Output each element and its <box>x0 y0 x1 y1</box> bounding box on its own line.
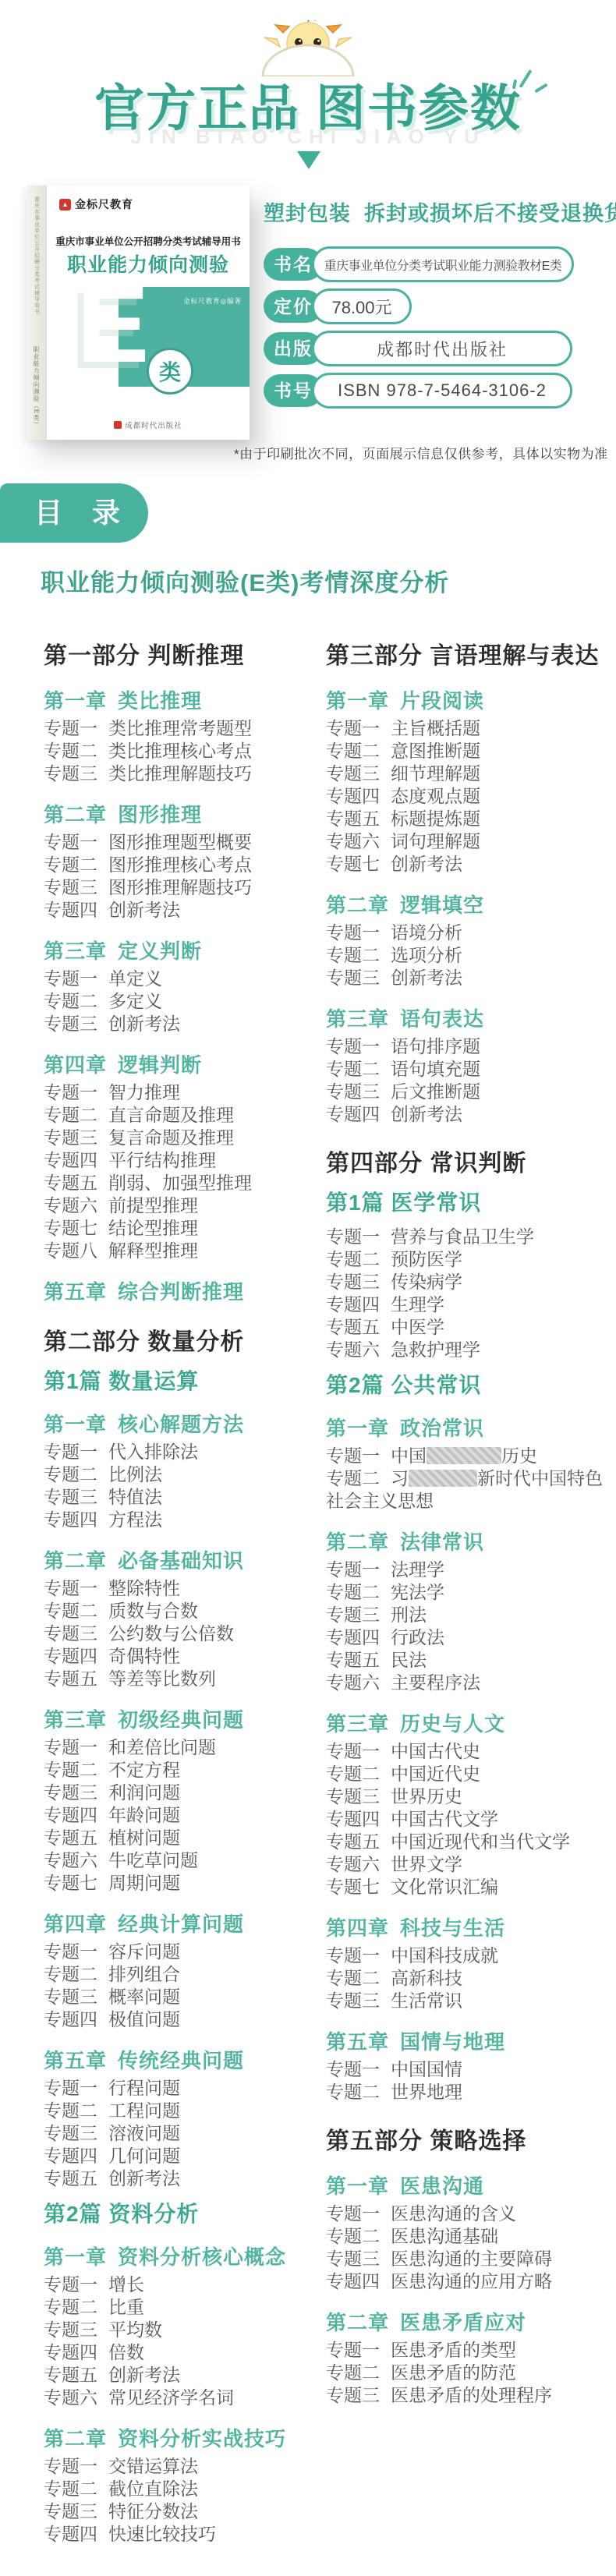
toc-topic: 专题三创新考法 <box>44 1013 304 1035</box>
toc-topic: 专题二宪法学 <box>326 1581 611 1604</box>
toc-chapter-number: 第二章 <box>44 1549 107 1573</box>
toc-chapter-heading: 第一章类比推理 <box>44 688 304 713</box>
toc-topic-number: 专题四 <box>44 1646 97 1666</box>
toc-topic: 专题五创新考法 <box>44 2364 304 2387</box>
toc-topic: 专题二医患矛盾的防范 <box>326 2362 611 2384</box>
toc-topic-number: 专题三 <box>326 1990 380 2011</box>
toc-topic-number: 专题四 <box>326 1809 380 1829</box>
toc-topic-number: 专题一 <box>326 1226 380 1247</box>
toc-topic: 专题一单定义 <box>44 968 304 990</box>
toc-topic-number: 专题五 <box>44 1668 97 1689</box>
toc-topic: 专题一中国科技成就 <box>326 1944 611 1967</box>
toc-chapter-heading: 第二章法律常识 <box>326 1530 611 1555</box>
toc-chapter-number: 第五章 <box>326 2030 389 2054</box>
cover-big-letter: E <box>76 270 149 379</box>
toc-chapter: 第五章传统经典问题专题一行程问题专题二工程问题专题三溶液问题专题四几何问题专题五… <box>44 2048 304 2190</box>
toc-chapter: 第五章国情与地理专题一中国国情专题二世界地理 <box>326 2029 611 2104</box>
toc-topic-number: 专题二 <box>326 1968 380 1988</box>
toc-chapter-number: 第二章 <box>326 2311 389 2334</box>
toc-topic-number: 专题一 <box>44 2456 97 2476</box>
toc-topic: 专题三传染病学 <box>326 1271 611 1293</box>
toc-chapter: 第二章逻辑填空专题一语境分析专题二选项分析专题三创新考法 <box>326 893 611 989</box>
toc-pian-heading: 第2篇 公共常识 <box>326 1372 611 1399</box>
toc-chapter: 第一章医患沟通专题一医患沟通的含义专题二医患沟通基础专题三医患沟通的主要障碍专题… <box>326 2174 611 2293</box>
toc-topic: 专题一医患沟通的含义 <box>326 2203 611 2225</box>
toc-chapter-number: 第一章 <box>326 2174 389 2198</box>
toc-topic: 专题五中医学 <box>326 1316 611 1339</box>
toc-topic-number: 专题二 <box>326 2362 380 2383</box>
toc-chapter-number: 第四章 <box>44 1913 107 1936</box>
toc-topic-number: 专题五 <box>326 1831 380 1852</box>
toc-topic: 专题三世界历史 <box>326 1785 611 1808</box>
toc-topic: 专题三溶液问题 <box>44 2122 304 2145</box>
toc-topic: 专题七周期问题 <box>44 1872 304 1895</box>
toc-topic: 专题六前提型推理 <box>44 1194 304 1217</box>
toc-topic-number: 专题三 <box>326 1605 380 1625</box>
toc-topic: 专题六急救护理学 <box>326 1339 611 1361</box>
toc-topic: 专题三细节理解题 <box>326 763 611 785</box>
toc-topic-number: 专题四 <box>44 2009 97 2029</box>
toc-topic-number: 专题二 <box>326 1582 380 1602</box>
toc-topic-number: 专题二 <box>44 1601 97 1621</box>
toc-topic: 专题二多定义 <box>44 990 304 1013</box>
toc-topic-number: 专题三 <box>44 2319 97 2340</box>
toc-topic: 专题四态度观点题 <box>326 785 611 808</box>
toc-topic-number: 专题三 <box>44 2123 97 2143</box>
toc-chapter-number: 第二章 <box>44 2427 107 2450</box>
toc-topic-number: 专题一 <box>44 968 97 989</box>
toc-topic: 专题五民法 <box>326 1649 611 1672</box>
toc-topic: 专题一医患矛盾的类型 <box>326 2339 611 2362</box>
toc-topic-number: 专题二 <box>44 2297 97 2317</box>
toc-topic-number: 专题三 <box>326 2249 380 2269</box>
toc-chapter: 第一章类比推理专题一类比推理常考题型专题二类比推理核心考点专题三类比推理解题技巧 <box>44 688 304 785</box>
toc-topic-number: 专题四 <box>44 2342 97 2362</box>
toc-topic-number: 专题一 <box>326 1036 380 1056</box>
toc-topic-number: 专题三 <box>44 763 97 784</box>
toc-topic: 专题三医患矛盾的处理程序 <box>326 2384 611 2407</box>
toc-chapter-heading: 第三章初级经典问题 <box>44 1707 304 1732</box>
toc-pian-heading: 第2篇 资料分析 <box>44 2201 304 2227</box>
toc-chapter-heading: 第一章政治常识 <box>326 1416 611 1441</box>
toc-topic-number: 专题一 <box>44 1737 97 1757</box>
toc-topic: 专题七结论型推理 <box>44 1217 304 1240</box>
toc-badge: 目 录 <box>0 483 148 543</box>
toc-topic: 专题六常见经济学名词 <box>44 2387 304 2409</box>
toc-topic-number: 专题三 <box>326 1272 380 1292</box>
toc-topic: 专题二质数与合数 <box>44 1600 304 1622</box>
toc-chapter: 第二章资料分析实战技巧专题一交错运算法专题二截位直除法专题三特征分数法专题四快速… <box>44 2426 304 2546</box>
toc-heading: 职业能力倾向测验(E类)考情深度分析 <box>41 563 616 598</box>
class-badge: 类 <box>147 348 193 395</box>
toc-topic: 专题四平行结构推理 <box>44 1149 304 1172</box>
toc-chapter-heading: 第一章资料分析核心概念 <box>44 2245 304 2270</box>
toc-topic: 专题四极值问题 <box>44 2008 304 2031</box>
toc-topic: 专题一语境分析 <box>326 922 611 944</box>
toc-topic-number: 专题三 <box>44 1014 97 1034</box>
toc-topic: 专题二选项分析 <box>326 944 611 967</box>
toc-chapter-number: 第一章 <box>326 1417 389 1440</box>
toc-topic-number: 专题三 <box>326 1786 380 1806</box>
toc-chapter: 第三章初级经典问题专题一和差倍比问题专题二不定方程专题三利润问题专题四年龄问题专… <box>44 1707 304 1895</box>
toc-part-heading: 第五部分 策略选择 <box>326 2127 611 2157</box>
toc-chapter-heading: 第五章综合判断推理 <box>44 1279 304 1304</box>
toc-chapter-number: 第四章 <box>44 1053 107 1077</box>
toc-topic-number: 专题三 <box>44 1782 97 1803</box>
toc-topic: 专题三后文推断题 <box>326 1081 611 1103</box>
toc-chapter-number: 第三章 <box>326 1007 389 1031</box>
packaging-notice: 塑封包装 拆封或损坏后不接受退换货 <box>264 196 616 227</box>
toc-chapter: 第一章资料分析核心概念专题一增长专题二比重专题三平均数专题四倍数专题五创新考法专… <box>44 2245 304 2409</box>
toc-chapter: 第四章科技与生活专题一中国科技成就专题二高新科技专题三生活常识 <box>326 1916 611 2012</box>
toc-topic: 专题五中国近现代和当代文学 <box>326 1831 611 1853</box>
toc-topic-number: 专题一 <box>326 2340 380 2360</box>
toc-topic-number: 专题六 <box>44 2387 97 2408</box>
down-arrow-icon <box>297 151 320 169</box>
toc-topic: 专题三医患沟通的主要障碍 <box>326 2248 611 2270</box>
toc-topic: 专题六牛吃草问题 <box>44 1849 304 1872</box>
product-detail-page: 官方正品 图书参数 JIN BIAO CHI JIAO YU 重庆市事业单位公开… <box>0 0 616 2576</box>
toc-topic: 专题六主要程序法 <box>326 1672 611 1694</box>
toc-topic: 专题四医患沟通的应用方略 <box>326 2270 611 2293</box>
toc-topic: 专题一营养与食品卫生学 <box>326 1226 611 1248</box>
toc-chapter-heading: 第五章传统经典问题 <box>44 2048 304 2073</box>
toc-topic: 专题二不定方程 <box>44 1759 304 1782</box>
toc-chapter: 第三章定义判断专题一单定义专题二多定义专题三创新考法 <box>44 939 304 1035</box>
sparkle-icon <box>505 67 560 114</box>
toc-topic: 专题四倍数 <box>44 2341 304 2364</box>
toc-column-left: 第一部分 判断推理第一章类比推理专题一类比推理常考题型专题二类比推理核心考点专题… <box>0 615 304 2546</box>
toc-topic: 专题二截位直除法 <box>44 2478 304 2500</box>
toc-topic: 专题一中国国情 <box>326 2058 611 2081</box>
toc-chapter: 第四章经典计算问题专题一容斥问题专题二排列组合专题三概率问题专题四极值问题 <box>44 1912 304 2031</box>
toc-topic-number: 专题六 <box>326 1672 380 1693</box>
toc-topic-number: 专题一 <box>44 718 97 738</box>
toc-topic-number: 专题四 <box>44 1150 97 1170</box>
toc-topic: 专题三生活常识 <box>326 1990 611 2012</box>
cover-publisher: 成都时代出版社 <box>47 419 250 430</box>
toc-topic-number: 专题二 <box>326 2082 380 2102</box>
book-spine: 重庆市事业单位公开招聘分类考试辅导用书 职业能力倾向测验（E类） <box>27 186 47 440</box>
censored-text-block <box>427 1447 501 1464</box>
toc-chapter-number: 第三章 <box>44 939 107 963</box>
toc-topic: 专题一容斥问题 <box>44 1941 304 1963</box>
toc-topic: 专题五削弱、加强型推理 <box>44 1172 304 1194</box>
toc-topic-number: 专题一 <box>326 1945 380 1966</box>
toc-topic: 专题二直言命题及推理 <box>44 1104 304 1127</box>
toc-topic-number: 专题四 <box>326 786 380 806</box>
toc-topic-number: 专题七 <box>44 1873 97 1893</box>
toc-topic: 专题二预防医学 <box>326 1248 611 1271</box>
toc-chapter-number: 第一章 <box>326 689 389 713</box>
param-value: 78.00元 <box>312 288 412 324</box>
toc-chapter-heading: 第五章国情与地理 <box>326 2029 611 2054</box>
toc-topic-number: 专题三 <box>44 877 97 897</box>
toc-part-heading: 第三部分 言语理解与表达 <box>326 642 611 671</box>
toc-chapter-heading: 第四章逻辑判断 <box>44 1053 304 1077</box>
toc-topic: 专题四年龄问题 <box>44 1804 304 1827</box>
toc-topic-number: 专题一 <box>44 2274 97 2295</box>
toc-topic-number: 专题一 <box>44 1578 97 1598</box>
toc-chapter-number: 第三章 <box>44 1708 107 1732</box>
toc-chapter-heading: 第三章定义判断 <box>44 939 304 964</box>
toc-topic: 专题一中国古代史 <box>326 1740 611 1763</box>
book-cover-front: ▲ 金标尺教育 重庆市事业单位公开招聘分类考试辅导用书 职业能力倾向测验 金标尺… <box>47 186 250 440</box>
toc-topic: 专题四奇偶特性 <box>44 1645 304 1668</box>
toc-topic-number: 专题二 <box>44 2100 97 2121</box>
toc-topic-number: 专题三 <box>326 2385 380 2405</box>
toc-topic-number: 专题六 <box>326 1339 380 1360</box>
toc-topic-number: 专题六 <box>326 1854 380 1874</box>
toc-chapter: 第三章语句表达专题一语句排序题专题二语句填充题专题三后文推断题专题四创新考法 <box>326 1007 611 1126</box>
toc-topic-number: 专题二 <box>326 741 380 761</box>
toc-topic-number: 专题四 <box>44 1805 97 1825</box>
toc-topic-number: 专题三 <box>44 1487 97 1507</box>
toc-topic: 专题二语句填充题 <box>326 1058 611 1081</box>
header: 官方正品 图书参数 JIN BIAO CHI JIAO YU <box>0 0 616 186</box>
toc-topic: 专题三特值法 <box>44 1486 304 1509</box>
toc-topic: 专题四快速比较技巧 <box>44 2523 304 2546</box>
toc-topic-number: 专题一 <box>326 1445 380 1466</box>
toc-topic-number: 专题五 <box>44 1173 97 1193</box>
toc-topic: 专题一法理学 <box>326 1559 611 1581</box>
toc-topic: 专题八解释型推理 <box>44 1240 304 1262</box>
toc-chapter: 第四章逻辑判断专题一智力推理专题二直言命题及推理专题三复言命题及推理专题四平行结… <box>44 1053 304 1262</box>
toc-part-heading: 第四部分 常识判断 <box>326 1149 611 1179</box>
toc-topic: 专题一类比推理常考题型 <box>44 717 304 740</box>
toc-topic: 专题二医患沟通基础 <box>326 2225 611 2248</box>
toc-topic-number: 专题五 <box>326 1317 380 1337</box>
cover-byline: 金标尺教育◎编著 <box>183 296 242 306</box>
toc-topic-number: 专题三 <box>44 1127 97 1148</box>
book-cover-image: 重庆市事业单位公开招聘分类考试辅导用书 职业能力倾向测验（E类） ▲ 金标尺教育… <box>27 186 250 440</box>
toc-topic: 专题三图形推理解题技巧 <box>44 876 304 899</box>
toc-chapter: 第五章综合判断推理 <box>44 1279 304 1304</box>
toc-chapter-number: 第一章 <box>44 689 107 713</box>
toc-topic: 专题三利润问题 <box>44 1782 304 1804</box>
toc-topic-number: 专题一 <box>326 922 380 943</box>
toc-pian-topics: 专题一营养与食品卫生学专题二预防医学专题三传染病学专题四生理学专题五中医学专题六… <box>326 1226 611 1361</box>
toc-topic-number: 专题一 <box>326 2203 380 2224</box>
toc-topic: 专题二工程问题 <box>44 2100 304 2122</box>
toc-chapter-heading: 第二章图形推理 <box>44 802 304 827</box>
toc-topic: 专题一代入排除法 <box>44 1441 304 1463</box>
toc-topic-number: 专题四 <box>326 1627 380 1647</box>
book-series-line: 重庆市事业单位公开招聘分类考试辅导用书 <box>47 234 250 248</box>
toc-topic: 专题四创新考法 <box>44 899 304 922</box>
param-value: ISBN 978-7-5464-3106-2 <box>312 373 572 409</box>
toc-topic-number: 专题二 <box>44 741 97 761</box>
toc-topic-number: 专题二 <box>326 945 380 965</box>
toc-chapter-heading: 第三章语句表达 <box>326 1007 611 1031</box>
toc-topic-number: 专题三 <box>44 2501 97 2521</box>
toc-chapter: 第一章片段阅读专题一主旨概括题专题二意图推断题专题三细节理解题专题四态度观点题专… <box>326 688 611 876</box>
toc-topic-number: 专题五 <box>326 1650 380 1670</box>
toc-topic-number: 专题三 <box>44 1623 97 1644</box>
toc-columns: 第一部分 判断推理第一章类比推理专题一类比推理常考题型专题二类比推理核心考点专题… <box>0 615 616 2546</box>
toc-topic: 专题七创新考法 <box>326 853 611 876</box>
toc-topic-number: 专题一 <box>326 1559 380 1580</box>
param-value: 成都时代出版社 <box>312 331 572 366</box>
toc-chapter-heading: 第二章逻辑填空 <box>326 893 611 918</box>
toc-topic: 专题三复言命题及推理 <box>44 1127 304 1149</box>
book-param-row: 书号ISBN 978-7-5464-3106-2 <box>264 373 574 409</box>
book-param-row: 定价78.00元 <box>264 288 574 324</box>
toc-topic: 专题二意图推断题 <box>326 740 611 763</box>
toc-topic-number: 专题四 <box>44 2524 97 2544</box>
toc-topic: 专题四生理学 <box>326 1293 611 1316</box>
toc-topic: 专题三刑法 <box>326 1604 611 1626</box>
toc-topic: 专题一行程问题 <box>44 2077 304 2100</box>
toc-topic: 专题一主旨概括题 <box>326 717 611 740</box>
toc-chapter-number: 第一章 <box>44 2245 107 2269</box>
toc-topic-number: 专题六 <box>44 1850 97 1870</box>
toc-topic-number: 专题二 <box>44 1964 97 1984</box>
toc-topic-number: 专题四 <box>326 1294 380 1315</box>
toc-topic: 专题一智力推理 <box>44 1081 304 1104</box>
toc-topic: 专题三平均数 <box>44 2319 304 2341</box>
toc-part-heading: 第一部分 判断推理 <box>44 642 304 671</box>
toc-topic-number: 专题四 <box>44 1509 97 1530</box>
toc-topic: 专题三类比推理解题技巧 <box>44 763 304 785</box>
toc-chapter: 第二章图形推理专题一图形推理题型概要专题二图形推理核心考点专题三图形推理解题技巧… <box>44 802 304 922</box>
toc-topic: 专题四行政法 <box>326 1626 611 1649</box>
toc-topic: 专题二图形推理核心考点 <box>44 854 304 876</box>
toc-topic: 专题二高新科技 <box>326 1967 611 1990</box>
toc-chapter-heading: 第三章历史与人文 <box>326 1711 611 1736</box>
toc-topic-number: 专题一 <box>326 1741 380 1761</box>
toc-topic-number: 专题三 <box>326 1081 380 1102</box>
book-param-row: 书名重庆事业单位分类考试职业能力测验教材E类 <box>264 246 574 282</box>
toc-topic-number: 专题八 <box>44 1240 97 1261</box>
toc-chapter: 第一章核心解题方法专题一代入排除法专题二比例法专题三特值法专题四方程法 <box>44 1412 304 1531</box>
brand-logo-icon: ▲ <box>59 199 71 211</box>
toc-topic: 专题一语句排序题 <box>326 1035 611 1058</box>
toc-chapter-heading: 第二章资料分析实战技巧 <box>44 2426 304 2451</box>
publisher-brand: ▲ 金标尺教育 <box>59 196 133 212</box>
toc-topic-number: 专题二 <box>326 2226 380 2246</box>
toc-topic-number: 专题四 <box>44 900 97 920</box>
toc-column-right: 第三部分 言语理解与表达第一章片段阅读专题一主旨概括题专题二意图推断题专题三细节… <box>304 615 616 2546</box>
toc-topic-number: 专题一 <box>326 718 380 738</box>
toc-topic: 专题五创新考法 <box>44 2167 304 2190</box>
toc-topic-number: 专题二 <box>44 2479 97 2499</box>
toc-topic: 专题五等差等比数列 <box>44 1668 304 1690</box>
toc-topic: 专题一交错运算法 <box>44 2455 304 2478</box>
toc-chapter-number: 第四章 <box>326 1916 389 1940</box>
toc-chapter-heading: 第二章医患矛盾应对 <box>326 2310 611 2335</box>
toc-topic-number: 专题四 <box>326 1104 380 1124</box>
toc-topic-number: 专题四 <box>44 2146 97 2166</box>
toc-topic-number: 专题七 <box>326 854 380 874</box>
toc-topic: 专题六世界文学 <box>326 1853 611 1876</box>
toc-chapter: 第二章医患矛盾应对专题一医患矛盾的类型专题二医患矛盾的防范专题三医患矛盾的处理程… <box>326 2310 611 2407</box>
toc-topic: 专题二类比推理核心考点 <box>44 740 304 763</box>
toc-chapter-number: 第一章 <box>44 1413 107 1436</box>
toc-topic-number: 专题一 <box>44 1082 97 1102</box>
toc-chapter-number: 第二章 <box>44 803 107 826</box>
toc-topic: 专题一图形推理题型概要 <box>44 831 304 854</box>
toc-topic: 专题七文化常识汇编 <box>326 1876 611 1898</box>
toc-topic-number: 专题六 <box>326 831 380 851</box>
toc-topic-number: 专题二 <box>44 991 97 1011</box>
book-param-row: 出版成都时代出版社 <box>264 331 574 366</box>
toc-chapter-heading: 第四章科技与生活 <box>326 1916 611 1941</box>
toc-topic: 专题二比重 <box>44 2296 304 2319</box>
toc-topic: 专题三概率问题 <box>44 1986 304 2008</box>
product-info-section: 重庆市事业单位公开招聘分类考试辅导用书 职业能力倾向测验（E类） ▲ 金标尺教育… <box>0 186 616 483</box>
toc-topic-number: 专题七 <box>44 1218 97 1238</box>
toc-topic-number: 专题二 <box>326 1059 380 1079</box>
toc-pian-heading: 第1篇 医学常识 <box>326 1190 611 1216</box>
toc-topic-number: 专题一 <box>44 1442 97 1462</box>
toc-topic-number: 专题一 <box>44 1941 97 1962</box>
toc-topic: 专题二世界地理 <box>326 2081 611 2104</box>
toc-topic: 专题三公约数与公倍数 <box>44 1622 304 1645</box>
toc-chapter-heading: 第一章核心解题方法 <box>44 1412 304 1437</box>
toc-chapter: 第一章政治常识专题一中国历史专题二习新时代中国特色社会主义思想 <box>326 1416 611 1513</box>
toc-topic-number: 专题一 <box>326 2059 380 2079</box>
toc-topic-number: 专题二 <box>44 1464 97 1484</box>
toc-topic-number: 专题五 <box>44 2168 97 2189</box>
toc-topic: 专题三特征分数法 <box>44 2500 304 2523</box>
toc-topic-number: 专题二 <box>326 1249 380 1269</box>
toc-topic: 专题一和差倍比问题 <box>44 1736 304 1759</box>
toc-topic-number: 专题七 <box>326 1877 380 1897</box>
toc-topic: 专题五标题提炼题 <box>326 808 611 830</box>
toc-chapter-heading: 第一章医患沟通 <box>326 2174 611 2199</box>
toc-chapter: 第二章法律常识专题一法理学专题二宪法学专题三刑法专题四行政法专题五民法专题六主要… <box>326 1530 611 1694</box>
censored-text-block <box>409 1470 477 1487</box>
toc-topic-number: 专题三 <box>326 968 380 988</box>
toc-topic-number: 专题二 <box>326 1764 380 1784</box>
toc-chapter-number: 第五章 <box>44 2049 107 2072</box>
toc-topic-number: 专题二 <box>44 1105 97 1125</box>
toc-topic: 专题一增长 <box>44 2273 304 2296</box>
toc-chapter: 第三章历史与人文专题一中国古代史专题二中国近代史专题三世界历史专题四中国古代文学… <box>326 1711 611 1898</box>
toc-topic: 专题二习新时代中国特色社会主义思想 <box>326 1467 611 1513</box>
toc-topic: 专题三创新考法 <box>326 967 611 989</box>
toc-topic: 专题四方程法 <box>44 1509 304 1531</box>
toc-topic-number: 专题五 <box>44 2365 97 2385</box>
publisher-logo-icon <box>114 421 122 429</box>
toc-chapter-number: 第二章 <box>326 893 389 917</box>
book-params-table: 书名重庆事业单位分类考试职业能力测验教材E类定价78.00元出版成都时代出版社书… <box>264 246 574 415</box>
param-value: 重庆事业单位分类考试职业能力测验教材E类 <box>312 246 574 282</box>
toc-part-heading: 第二部分 数量分析 <box>44 1328 304 1357</box>
toc-topic-number: 专题三 <box>44 1987 97 2007</box>
toc-topic-number: 专题六 <box>44 1195 97 1215</box>
toc-topic-number: 专题五 <box>326 809 380 829</box>
toc-topic-number: 专题二 <box>326 1468 380 1488</box>
toc-chapter-heading: 第二章必备基础知识 <box>44 1548 304 1573</box>
toc-topic: 专题一中国历史 <box>326 1445 611 1467</box>
toc-topic: 专题二中国近代史 <box>326 1763 611 1785</box>
toc-topic: 专题一整除特性 <box>44 1577 304 1600</box>
toc-topic-number: 专题五 <box>44 1828 97 1848</box>
toc-topic: 专题二比例法 <box>44 1463 304 1486</box>
toc-topic: 专题四中国古代文学 <box>326 1808 611 1831</box>
toc-topic-number: 专题一 <box>44 832 97 852</box>
toc-topic: 专题五植树问题 <box>44 1827 304 1849</box>
toc-section: 目 录 职业能力倾向测验(E类)考情深度分析 第一部分 判断推理第一章类比推理专… <box>0 483 616 2546</box>
toc-pian-heading: 第1篇 数量运算 <box>44 1368 304 1395</box>
toc-chapter-number: 第三章 <box>326 1712 389 1736</box>
toc-topic-number: 专题二 <box>44 855 97 875</box>
toc-topic-number: 专题二 <box>44 1760 97 1780</box>
toc-chapter-heading: 第四章经典计算问题 <box>44 1912 304 1937</box>
toc-topic: 专题二排列组合 <box>44 1963 304 1986</box>
